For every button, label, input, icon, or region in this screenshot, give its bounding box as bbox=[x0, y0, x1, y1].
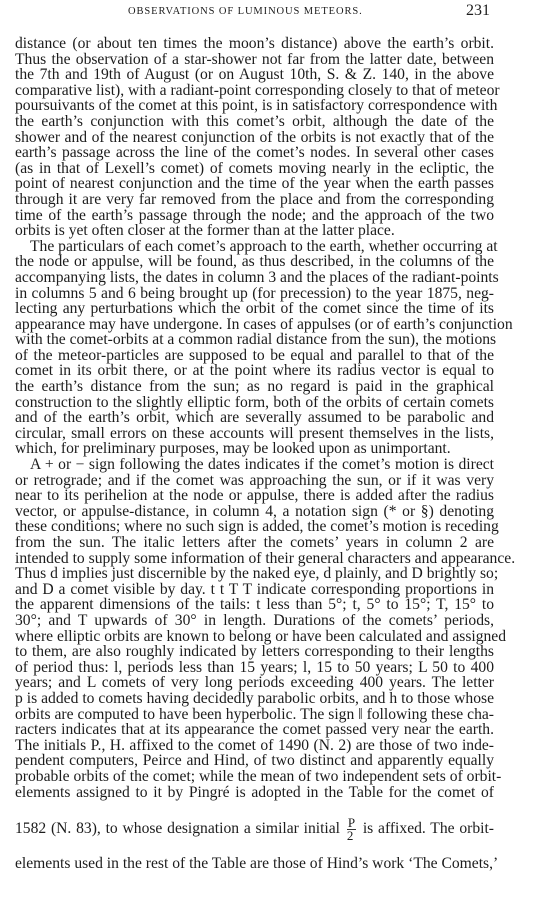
text-line: and of the earth’s orbit, which are seve… bbox=[15, 410, 494, 426]
text-line: of period thus: l, periods less than 15 … bbox=[15, 660, 494, 676]
text-line: to them, are also roughly indicated by l… bbox=[15, 644, 494, 660]
text-line: circular, small errors on these accounts… bbox=[15, 426, 494, 442]
text-line: these conditions; where no such sign is … bbox=[15, 519, 494, 535]
text-line: with the comet-orbits at a common radial… bbox=[15, 332, 494, 348]
paragraph-start-line: The particulars of each comet’s approach… bbox=[15, 239, 494, 255]
text-line: appearance may have undergone. In cases … bbox=[15, 317, 494, 333]
text-line: p is added to comets having decidedly pa… bbox=[15, 691, 494, 707]
text-line: the earth’s conjunction with this comet’… bbox=[15, 114, 494, 130]
fraction-p-over-2: P 2 bbox=[347, 817, 356, 842]
running-title: OBSERVATIONS OF LUMINOUS METEORS. bbox=[128, 6, 363, 17]
text-line: 30°; and T upwards of 30° in length. Dur… bbox=[15, 613, 494, 629]
text-line: comet in its orbit there, or at the poin… bbox=[15, 363, 494, 379]
text-line: which, for preliminary purposes, may be … bbox=[15, 441, 494, 457]
text-line: in columns 5 and 6 being brought up (for… bbox=[15, 286, 494, 302]
text-line: the node or appulse, will be found, as t… bbox=[15, 254, 494, 270]
text-line: pendent computers, Peirce and Hind, of t… bbox=[15, 753, 494, 769]
text-line: point of nearest conjunction and the tim… bbox=[15, 176, 494, 192]
text-line: earth’s passage across the line of the c… bbox=[15, 145, 494, 161]
text-line-final: elements used in the rest of the Table a… bbox=[15, 854, 494, 874]
fraction-denominator: 2 bbox=[347, 830, 356, 842]
text-line: accompanying lists, the dates in column … bbox=[15, 270, 494, 286]
text-line: of the meteor-particles are supposed to … bbox=[15, 348, 494, 364]
text-line: racters indicates that at its appearance… bbox=[15, 722, 494, 738]
text-line: through it are very far removed from the… bbox=[15, 192, 494, 208]
text-line: years; and L comets of very long periods… bbox=[15, 675, 494, 691]
page-header: OBSERVATIONS OF LUMINOUS METEORS. 231 bbox=[0, 2, 540, 22]
text-line: time of the earth’s passage through the … bbox=[15, 208, 494, 224]
text-line: The initials P., H. affixed to the comet… bbox=[15, 738, 494, 754]
text-line: the earth’s distance from the sun; as no… bbox=[15, 379, 494, 395]
text-line: probable orbits of the comet; while the … bbox=[15, 769, 494, 785]
text-line: construction to the slightly elliptic fo… bbox=[15, 395, 494, 411]
text-line: or retrograde; and if the comet was appr… bbox=[15, 473, 494, 489]
text-line: elements assigned to it by Pingré is ado… bbox=[15, 785, 494, 801]
page-number: 231 bbox=[466, 2, 490, 20]
text-line: poursuivants of the comet at this point,… bbox=[15, 98, 494, 114]
body-text: distance (or about ten times the moon’s … bbox=[15, 36, 494, 874]
text-line: lecting any perturbations which the orbi… bbox=[15, 301, 494, 317]
text-line: and D a comet visible by day. t t T T in… bbox=[15, 582, 494, 598]
text-line: orbits are computed to have been hyperbo… bbox=[15, 707, 494, 723]
text-line: orbits is yet often closer at the former… bbox=[15, 223, 494, 239]
text-line: where elliptic orbits are known to belon… bbox=[15, 629, 494, 645]
text-line: Thus d implies just discernible by the n… bbox=[15, 566, 494, 582]
text-line: shower and of the nearest conjunction of… bbox=[15, 130, 494, 146]
fraction-line-after: is affixed. The orbit- bbox=[363, 820, 494, 837]
paragraph-start-line: A + or − sign following the dates indica… bbox=[15, 457, 494, 473]
text-line: the apparent dimensions of the tails: t … bbox=[15, 597, 494, 613]
text-line: near to its perihelion at the node or ap… bbox=[15, 488, 494, 504]
text-line: comparative list), with a radiant-point … bbox=[15, 83, 494, 99]
fraction-text-line: 1582 (N. 83), to whose designation a sim… bbox=[15, 810, 494, 848]
fraction-line-before: 1582 (N. 83), to whose designation a sim… bbox=[15, 820, 340, 837]
text-line: vector, or appulse-distance, in column 4… bbox=[15, 504, 494, 520]
text-line: Thus the observation of a star-shower no… bbox=[15, 52, 494, 68]
text-line: intended to supply some information of t… bbox=[15, 551, 494, 567]
text-line: from the sun. The italic letters after t… bbox=[15, 535, 494, 551]
text-line: (as in that of Lexell’s comet) of comets… bbox=[15, 161, 494, 177]
text-line: the 7th and 19th of August (or on August… bbox=[15, 67, 494, 83]
text-line: distance (or about ten times the moon’s … bbox=[15, 36, 494, 52]
